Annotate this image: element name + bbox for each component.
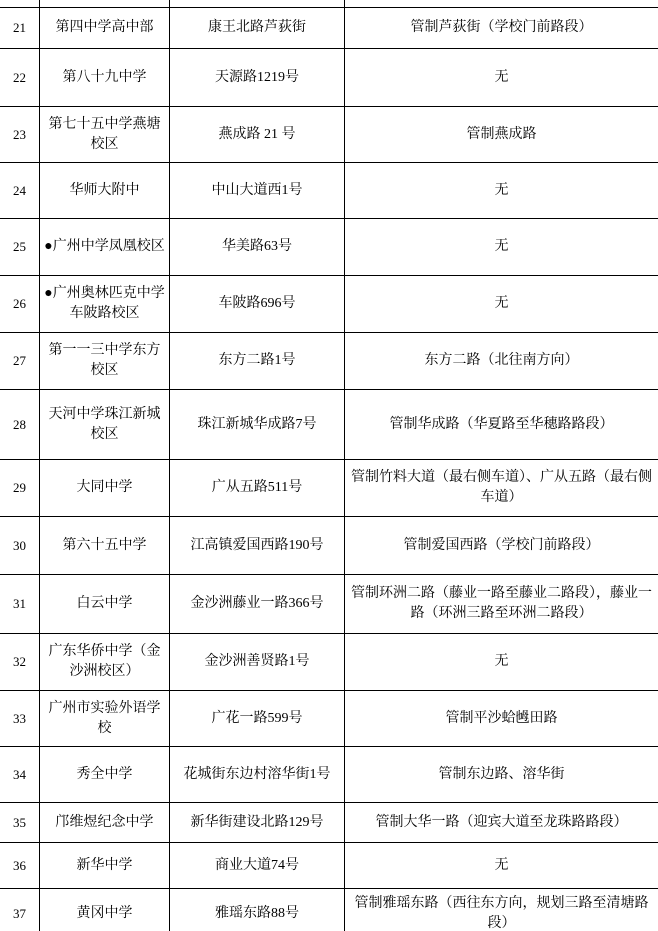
table-row: 30 第六十五中学 江高镇爱国西路190号 管制爱国西路（学校门前路段）	[0, 517, 658, 575]
table-row: 27 第一一三中学东方校区 东方二路1号 东方二路（北往南方向）	[0, 333, 658, 390]
school-address: 天源路1219号	[170, 49, 345, 106]
school-name: 广州市实验外语学校	[40, 691, 170, 746]
school-name-cell	[40, 0, 170, 7]
table-row: 35 邝维煜纪念中学 新华街建设北路129号 管制大华一路（迎宾大道至龙珠路路段…	[0, 803, 658, 843]
school-name: 第四中学高中部	[40, 8, 170, 48]
school-address: 金沙洲藤业一路366号	[170, 575, 345, 633]
traffic-control-info: 无	[345, 276, 658, 332]
row-number: 21	[0, 8, 40, 48]
traffic-control-info: 无	[345, 49, 658, 106]
row-number: 32	[0, 634, 40, 690]
traffic-control-info: 管制环洲二路（藤业一路至藤业二路段），藤业一路（环洲三路至环洲二路段）	[345, 575, 658, 633]
traffic-control-info: 无	[345, 634, 658, 690]
table-row: 23 第七十五中学燕塘校区 燕成路 21 号 管制燕成路	[0, 107, 658, 163]
school-address: 金沙洲善贤路1号	[170, 634, 345, 690]
row-number: 25	[0, 219, 40, 275]
table-row: 25 ●广州中学凤凰校区 华美路63号 无	[0, 219, 658, 276]
school-address: 东方二路1号	[170, 333, 345, 389]
row-number: 24	[0, 163, 40, 218]
school-name: 天河中学珠江新城校区	[40, 390, 170, 459]
table-row: 36 新华中学 商业大道74号 无	[0, 843, 658, 889]
school-traffic-control-table-page: 21 第四中学高中部 康王北路芦荻街 管制芦荻街（学校门前路段） 22 第八十九…	[0, 0, 658, 931]
table-row: 24 华师大附中 中山大道西1号 无	[0, 163, 658, 219]
table-row: 21 第四中学高中部 康王北路芦荻街 管制芦荻街（学校门前路段）	[0, 8, 658, 49]
traffic-control-info: 管制芦荻街（学校门前路段）	[345, 8, 658, 48]
table-row: 28 天河中学珠江新城校区 珠江新城华成路7号 管制华成路（华夏路至华穗路路段）	[0, 390, 658, 460]
table-row: 29 大同中学 广从五路511号 管制竹料大道（最右侧车道）、广从五路（最右侧车…	[0, 460, 658, 517]
traffic-control-info: 管制大华一路（迎宾大道至龙珠路路段）	[345, 803, 658, 842]
school-address: 燕成路 21 号	[170, 107, 345, 162]
school-name: 白云中学	[40, 575, 170, 633]
row-number-cell	[0, 0, 40, 7]
traffic-control-info: 管制雅瑶东路（西往东方向，规划三路至清塘路段）	[345, 889, 658, 931]
school-address: 花城街东边村溶华街1号	[170, 747, 345, 802]
table-row: 34 秀全中学 花城街东边村溶华街1号 管制东边路、溶华街	[0, 747, 658, 803]
row-number: 28	[0, 390, 40, 459]
traffic-control-info: 无	[345, 843, 658, 888]
school-name: 第六十五中学	[40, 517, 170, 574]
row-number: 31	[0, 575, 40, 633]
school-address: 广从五路511号	[170, 460, 345, 516]
row-number: 27	[0, 333, 40, 389]
school-name: 大同中学	[40, 460, 170, 516]
row-number: 30	[0, 517, 40, 574]
traffic-control-info: 东方二路（北往南方向）	[345, 333, 658, 389]
school-name: ●广州中学凤凰校区	[40, 219, 170, 275]
table-row-partial-top	[0, 0, 658, 8]
traffic-control-info: 无	[345, 163, 658, 218]
school-address: 江高镇爱国西路190号	[170, 517, 345, 574]
school-name: 华师大附中	[40, 163, 170, 218]
table-row: 33 广州市实验外语学校 广花一路599号 管制平沙蛤乸田路	[0, 691, 658, 747]
row-number: 33	[0, 691, 40, 746]
table-body: 21 第四中学高中部 康王北路芦荻街 管制芦荻街（学校门前路段） 22 第八十九…	[0, 8, 658, 931]
traffic-control-info: 管制竹料大道（最右侧车道）、广从五路（最右侧车道）	[345, 460, 658, 516]
school-address-cell	[170, 0, 345, 7]
row-number: 22	[0, 49, 40, 106]
row-number: 23	[0, 107, 40, 162]
table-row: 22 第八十九中学 天源路1219号 无	[0, 49, 658, 107]
school-name: 邝维煜纪念中学	[40, 803, 170, 842]
traffic-control-info: 无	[345, 219, 658, 275]
school-address: 雅瑶东路88号	[170, 889, 345, 931]
school-name: 新华中学	[40, 843, 170, 888]
row-number: 29	[0, 460, 40, 516]
table-row: 37 黄冈中学 雅瑶东路88号 管制雅瑶东路（西往东方向，规划三路至清塘路段）	[0, 889, 658, 931]
school-name: 秀全中学	[40, 747, 170, 802]
school-name: ●广州奥林匹克中学车陂路校区	[40, 276, 170, 332]
traffic-control-info: 管制华成路（华夏路至华穗路路段）	[345, 390, 658, 459]
school-name: 第一一三中学东方校区	[40, 333, 170, 389]
school-address: 车陂路696号	[170, 276, 345, 332]
row-number: 36	[0, 843, 40, 888]
table-row: 31 白云中学 金沙洲藤业一路366号 管制环洲二路（藤业一路至藤业二路段），藤…	[0, 575, 658, 634]
school-address: 商业大道74号	[170, 843, 345, 888]
school-address: 华美路63号	[170, 219, 345, 275]
row-number: 34	[0, 747, 40, 802]
school-name: 第八十九中学	[40, 49, 170, 106]
school-address: 康王北路芦荻街	[170, 8, 345, 48]
row-number: 37	[0, 889, 40, 931]
school-address: 广花一路599号	[170, 691, 345, 746]
traffic-control-cell	[345, 0, 658, 7]
row-number: 26	[0, 276, 40, 332]
traffic-control-info: 管制燕成路	[345, 107, 658, 162]
traffic-control-info: 管制东边路、溶华街	[345, 747, 658, 802]
traffic-control-info: 管制爱国西路（学校门前路段）	[345, 517, 658, 574]
traffic-control-info: 管制平沙蛤乸田路	[345, 691, 658, 746]
school-address: 珠江新城华成路7号	[170, 390, 345, 459]
school-name: 第七十五中学燕塘校区	[40, 107, 170, 162]
row-number: 35	[0, 803, 40, 842]
school-address: 新华街建设北路129号	[170, 803, 345, 842]
school-name: 广东华侨中学（金沙洲校区）	[40, 634, 170, 690]
table-row: 32 广东华侨中学（金沙洲校区） 金沙洲善贤路1号 无	[0, 634, 658, 691]
school-name: 黄冈中学	[40, 889, 170, 931]
school-address: 中山大道西1号	[170, 163, 345, 218]
table-row: 26 ●广州奥林匹克中学车陂路校区 车陂路696号 无	[0, 276, 658, 333]
